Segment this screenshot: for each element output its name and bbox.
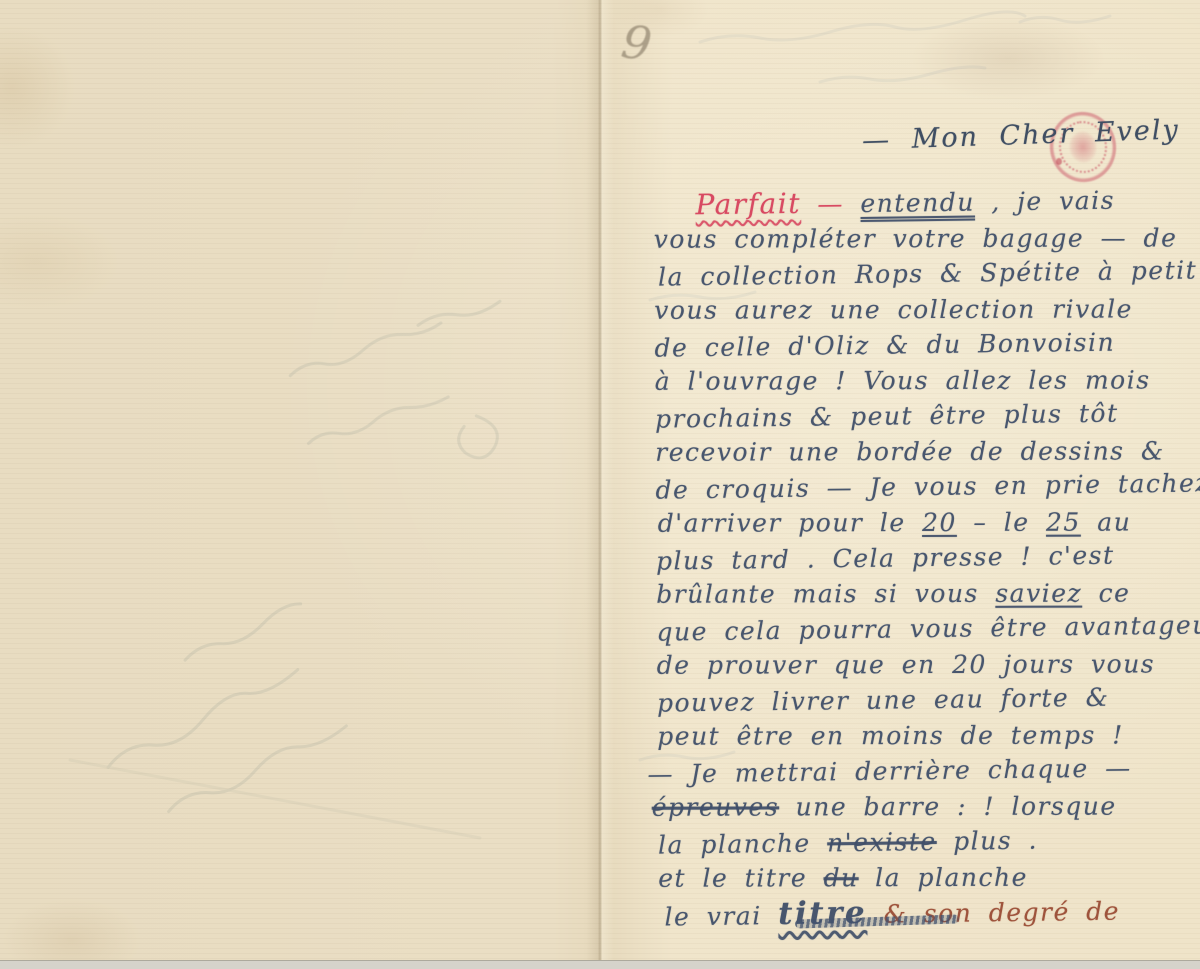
letter-text: d'arriver pour le xyxy=(658,508,922,538)
letter-text: , je vais xyxy=(975,186,1116,217)
letter-text: la planche xyxy=(658,828,828,859)
letter-text: 20 xyxy=(922,507,957,536)
letter-line: de prouver que en 20 jours vous xyxy=(657,646,1200,683)
letter-text: peut être en moins de temps ! xyxy=(657,720,1124,750)
center-fold xyxy=(586,0,614,969)
letter-text: du xyxy=(824,863,859,892)
letter-text: vous compléter votre bagage — de xyxy=(654,223,1178,253)
letter-text: 25 xyxy=(1046,507,1081,536)
letter-text: que cela pourra vous être avantageux xyxy=(656,610,1200,646)
letter-text: prochains & peut être plus tôt xyxy=(655,399,1119,434)
letter-line: et le titre du la planche xyxy=(658,859,1200,896)
letter-text: — xyxy=(801,189,861,219)
letter-line: que cela pourra vous être avantageux xyxy=(656,607,1200,650)
letter-text: le vrai xyxy=(664,901,778,931)
letter-text: épreuves xyxy=(652,792,779,821)
letter-line: la collection Rops & Spétite à petit xyxy=(658,252,1200,295)
letter-line: pouvez livrer une eau forte & xyxy=(657,678,1200,721)
letter-text: recevoir une bordée de dessins & xyxy=(655,436,1165,466)
letter-text: saviez xyxy=(995,578,1082,607)
letter-line: vous compléter votre bagage — de xyxy=(654,220,1200,257)
letter-text: vous aurez une collection rivale xyxy=(654,294,1133,324)
stamp-ink-dot xyxy=(1056,158,1062,165)
letter-text: Parfait xyxy=(695,187,801,221)
letter-line: prochains & peut être plus tôt xyxy=(655,394,1200,437)
letter-text: plus . xyxy=(937,826,1039,856)
letter-text: la collection Rops & Spétite à petit xyxy=(658,256,1198,292)
letter-text: au xyxy=(1081,507,1132,536)
letter-line: à l'ouvrage ! Vous allez les mois xyxy=(655,362,1200,399)
letter-line: épreuves une barre : ! lorsque xyxy=(652,788,1200,825)
letter-line: recevoir une bordée de dessins & xyxy=(655,433,1200,470)
letter-text: à l'ouvrage ! Vous allez les mois xyxy=(655,365,1151,395)
letter-text: pouvez livrer une eau forte & xyxy=(657,683,1110,718)
letter-text: entendu xyxy=(860,188,975,218)
letter-line: — Je mettrai derrière chaque — xyxy=(647,749,1200,792)
letter-line: de croquis — Je vous en prie tachez xyxy=(655,465,1200,508)
letter-line: peut être en moins de temps ! xyxy=(657,717,1200,754)
letter-text: n'existe xyxy=(827,827,937,857)
letter-text: une barre : ! lorsque xyxy=(779,791,1117,821)
letter-text: de celle d'Oliz & du Bonvoisin xyxy=(654,328,1115,363)
letter-text: plus tard . Cela presse ! c'est xyxy=(656,541,1115,576)
letter-text: – le xyxy=(957,507,1046,536)
letter-line: plus tard . Cela presse ! c'est xyxy=(656,536,1200,579)
letter-body: Parfait — entendu , je vaisvous compléte… xyxy=(653,182,1200,933)
scan-edge xyxy=(0,960,1200,969)
letter-text: brûlante mais si vous xyxy=(656,578,995,608)
letter-line: de celle d'Oliz & du Bonvoisin xyxy=(654,323,1200,366)
letter-line: d'arriver pour le 20 – le 25 au xyxy=(658,504,1200,541)
letter-text: — Je mettrai derrière chaque — xyxy=(647,753,1131,788)
letter-line: vous aurez une collection rivale xyxy=(654,291,1200,328)
letter-line: Parfait — entendu , je vais xyxy=(695,181,1200,224)
letter-text: de croquis — Je vous en prie tachez xyxy=(655,468,1200,504)
letter-line: la planche n'existe plus . xyxy=(658,820,1200,863)
letter-scan: 9 — Mon Cher Evely Parfait — entendu , j… xyxy=(0,0,1200,969)
letter-line: le vrai titre & son degré de xyxy=(664,891,1200,935)
letter-text: ce xyxy=(1082,578,1130,607)
letter-text: la planche xyxy=(859,862,1028,891)
letter-text: de prouver que en 20 jours vous xyxy=(657,649,1155,679)
letter-text: et le titre xyxy=(658,863,823,892)
letter-line: brûlante mais si vous saviez ce xyxy=(656,575,1200,612)
